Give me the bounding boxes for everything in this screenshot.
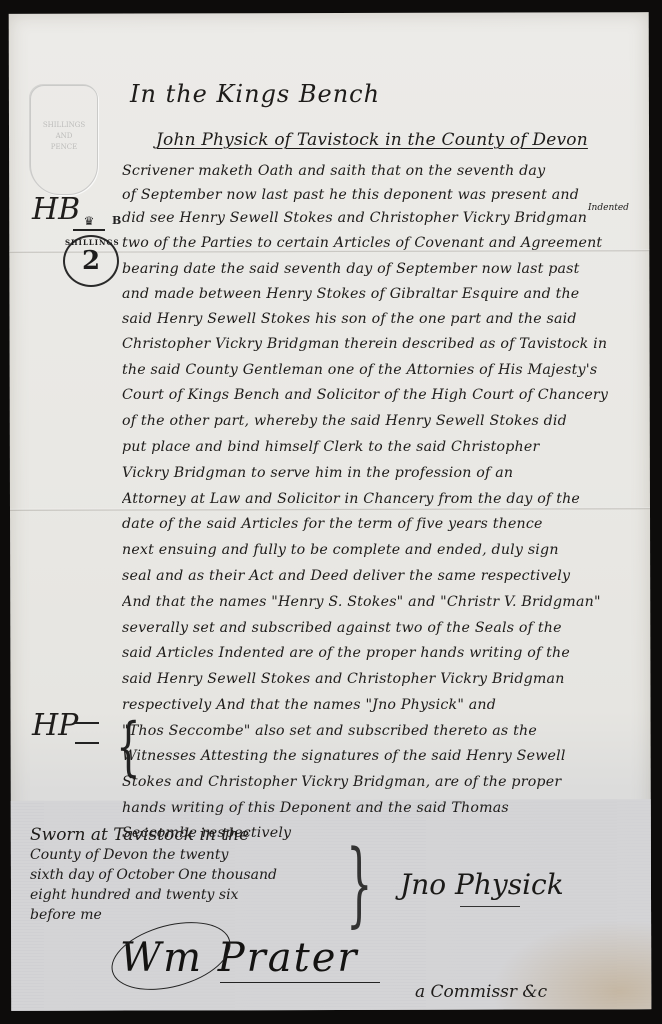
- body-line: the said County Gentleman one of the Att…: [122, 362, 642, 378]
- body-line: date of the said Articles for the term o…: [122, 516, 642, 532]
- stamp-ring-text: SHILLINGS: [65, 238, 117, 247]
- body-line: And that the names "Henry S. Stokes" and…: [122, 594, 642, 610]
- body-line: John Physick of Tavistock in the County …: [122, 130, 642, 150]
- margin-dash: [75, 742, 99, 744]
- commissioner-signature: Wm Prater: [120, 935, 359, 981]
- emboss-line: PENCE: [31, 142, 97, 153]
- body-line: said Articles Indented are of the proper…: [122, 645, 642, 661]
- margin-dash: [75, 722, 99, 724]
- jurat-line: sixth day of October One thousand: [30, 865, 330, 885]
- stamp-letter: B: [112, 214, 121, 227]
- body-line: next ensuing and fully to be complete an…: [122, 542, 642, 558]
- jurat-line: eight hundred and twenty six: [30, 885, 330, 905]
- body-line: of September now last past he this depon…: [122, 187, 642, 203]
- jurat-line: Sworn at Tavistock in the: [30, 825, 330, 845]
- body-line: severally set and subscribed against two…: [122, 620, 642, 636]
- body-line: put place and bind himself Clerk to the …: [122, 439, 642, 455]
- body-line: said Henry Sewell Stokes and Christopher…: [122, 671, 642, 687]
- body-line: of the other part, whereby the said Henr…: [122, 413, 642, 429]
- body-line: did see Henry Sewell Stokes and Christop…: [122, 210, 642, 226]
- body-line: seal and as their Act and Deed deliver t…: [122, 568, 642, 584]
- body-line: Stokes and Christopher Vickry Bridgman, …: [122, 774, 642, 790]
- jurat-line: County of Devon the twenty: [30, 845, 330, 865]
- body-line: respectively And that the names "Jno Phy…: [122, 697, 642, 713]
- fold-line: [10, 507, 650, 511]
- body-line: Court of Kings Bench and Solicitor of th…: [122, 387, 642, 403]
- body-line: and made between Henry Stokes of Gibralt…: [122, 286, 642, 302]
- court-heading: In the Kings Bench: [130, 80, 380, 108]
- body-line: Vickry Bridgman to serve him in the prof…: [122, 465, 642, 481]
- emboss-line: AND: [31, 131, 97, 142]
- emboss-line: SHILLINGS: [31, 120, 97, 131]
- shield-emboss-icon: SHILLINGS AND PENCE: [30, 85, 98, 195]
- body-line: Christopher Vickry Bridgman therein desc…: [122, 336, 642, 352]
- duty-stamp: SHILLINGS 2: [63, 235, 119, 287]
- body-line: Witnesses Attesting the signatures of th…: [122, 748, 642, 764]
- body-line: "Thos Seccombe" also set and subscribed …: [122, 723, 642, 739]
- body-line: Scrivener maketh Oath and saith that on …: [122, 163, 642, 179]
- body-line: said Henry Sewell Stokes his son of the …: [122, 311, 642, 327]
- left-brace: {: [116, 710, 140, 784]
- margin-monogram: HP: [32, 708, 78, 743]
- body-line: bearing date the said seventh day of Sep…: [122, 261, 642, 277]
- stamp-value: 2: [82, 246, 100, 276]
- body-line: hands writing of this Deponent and the s…: [122, 800, 642, 816]
- body-line: two of the Parties to certain Articles o…: [122, 235, 642, 251]
- right-brace: }: [346, 830, 372, 937]
- commissioner-title: a Commissr &c: [415, 982, 547, 1002]
- jurat-block: Sworn at Tavistock in the County of Devo…: [30, 825, 330, 925]
- body-line: Attorney at Law and Solicitor in Chancer…: [122, 491, 642, 507]
- deponent-signature: Jno Physick: [400, 868, 564, 901]
- margin-monogram: HB: [32, 192, 80, 227]
